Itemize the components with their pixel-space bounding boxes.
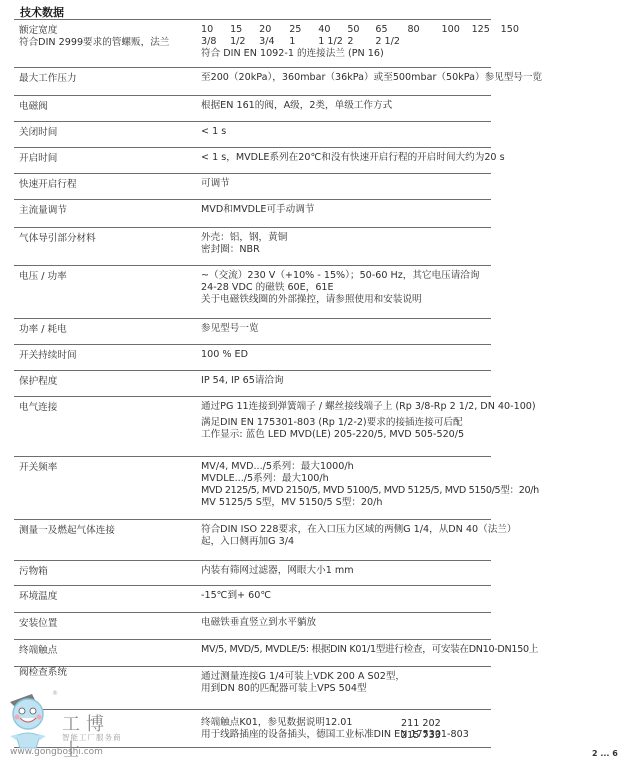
row-value: 符合DIN ISO 228要求，在入口压力区域的两侧G 1/4，从DN 40（法… [201, 524, 491, 536]
row-label: 污物箱 [19, 566, 199, 578]
row-value: ~（交流）230 V（+10% - 15%）；50-60 Hz，其它电压请洽询 [201, 270, 491, 282]
row-value: 24-28 VDC 的磁铁 60E，61E [201, 282, 491, 294]
row-value: 外壳：铝，钢，黄铜 [201, 232, 491, 244]
row-value: MV/5, MVD/5, MVDLE/5: 根据DIN K01/1型进行检查，可… [201, 644, 491, 656]
table-row-gas-materials: 气体导引部分材料 外壳：铝，钢，黄铜 密封圈：NBR [14, 227, 491, 265]
table-row-measuring-ignition-gas: 测量一及燃起气体连接 符合DIN ISO 228要求，在入口压力区域的两侧G 1… [14, 519, 491, 560]
size-value: 50 [347, 24, 372, 36]
size-value: 25 [289, 24, 315, 36]
table-row-closing-time: 关闭时间 < 1 s [14, 121, 491, 147]
size-value: 100 [442, 24, 469, 36]
row-label: 开关频率 [19, 462, 199, 474]
row-value: 参见型号一览 [201, 323, 491, 335]
row-label: 电压 / 功率 [19, 271, 199, 283]
order-number: 211 202 [401, 718, 441, 730]
row-label: 电气连接 [19, 402, 199, 414]
table-row-duty-cycle: 开关持续时间 100 % ED [14, 344, 491, 370]
inch-sizes: 3/8 1/2 3/4 1 1 1/2 2 2 1/2 [201, 36, 491, 48]
label-line: 符合DIN 2999要求的管螺贩，法兰 [19, 37, 199, 49]
row-value: 100 % ED [201, 349, 491, 361]
row-value: 电磁铁垂直竖立到水平躺放 [201, 617, 491, 629]
watermark-url: www.gongboshi.com [10, 747, 103, 757]
size-value: 10 [201, 24, 227, 36]
row-label: 额定宽度 符合DIN 2999要求的管螺贩，法兰 [19, 25, 199, 49]
order-number: 215 733 [401, 730, 441, 742]
size-value: 1/2 [230, 36, 256, 48]
row-value: 通过PG 11连接到弹簧端子 / 螺丝接线端子上 (Rp 3/8-Rp 2 1/… [201, 401, 491, 413]
row-value: MV 5125/5 S型，MV 5150/5 S型：20/h [201, 497, 491, 509]
registered-mark: ® [52, 690, 58, 697]
size-value: 1 1/2 [318, 36, 344, 48]
row-value: -15℃到+ 60℃ [201, 590, 491, 602]
row-label: 测量一及燃起气体连接 [19, 525, 199, 537]
row-value: MVD 2125/5, MVD 2150/5, MVD 5100/5, MVD … [201, 485, 491, 497]
table-row-main-flow-adjustment: 主流量调节 MVD和MVDLE可手动调节 [14, 199, 491, 227]
size-value: 15 [230, 24, 256, 36]
size-value: 20 [259, 24, 286, 36]
table-row-end-contact: 终端触点 MV/5, MVD/5, MVDLE/5: 根据DIN K01/1型进… [14, 639, 491, 666]
size-value: 150 [501, 24, 527, 36]
row-value: 密封圈：NBR [201, 244, 491, 256]
table-row-dirt-trap: 污物箱 内装有筛网过滤器，网眼大小1 mm [14, 560, 491, 585]
order-numbers: 211 202 215 733 [401, 718, 441, 742]
page-number: 2 ... 6 [592, 749, 618, 758]
row-value: 终端触点K01，参见数据说明12.01 [201, 717, 491, 729]
table-row-opening-time: 开启时间 < 1 s，MVDLE系列在20℃和没有快速开启行程的开启时间大约为2… [14, 147, 491, 173]
row-label: 快速开启行程 [19, 179, 199, 191]
row-label: 环境温度 [19, 591, 199, 603]
row-label: 安装位置 [19, 618, 199, 630]
table-row-nominal-width: 额定宽度 符合DIN 2999要求的管螺贩，法兰 10 15 20 25 40 … [14, 19, 491, 67]
row-value: 用于线路插座的设备插头，德国工业标准DIN EN 175301-803 [201, 729, 491, 741]
row-label: 电磁阀 [19, 101, 199, 113]
table-row-installation-position: 安装位置 电磁铁垂直竖立到水平躺放 [14, 612, 491, 639]
tech-data-table: 额定宽度 符合DIN 2999要求的管螺贩，法兰 10 15 20 25 40 … [14, 19, 491, 748]
size-value: 65 [375, 24, 404, 36]
flange-note: 符合 DIN EN 1092-1 的连接法兰 (PN 16) [201, 48, 491, 60]
size-value: 3/8 [201, 36, 227, 48]
row-value: 关于电磁铁线圈的外部操控，请参照使用和安装说明 [201, 294, 491, 306]
row-label: 开启时间 [19, 153, 199, 165]
row-value: < 1 s，MVDLE系列在20℃和没有快速开启行程的开启时间大约为20 s [201, 152, 491, 164]
row-label: 关闭时间 [19, 127, 199, 139]
row-value: 可调节 [201, 178, 491, 190]
row-label: 主流量调节 [19, 205, 199, 217]
table-row-power-consumption: 功率 / 耗电 参见型号一览 [14, 318, 491, 344]
row-label: 开关持续时间 [19, 350, 199, 362]
size-value: 2 1/2 [375, 36, 404, 48]
row-label: 气体导引部分材料 [19, 233, 199, 245]
row-value: 通过测量连接G 1/4可装上VDK 200 A S02型， [201, 671, 491, 683]
row-value: 起，入口侧再加G 3/4 [201, 536, 491, 548]
row-value: 根据EN 161的阀，A级，2类，单级工作方式 [201, 100, 491, 112]
table-row-switching-frequency: 开关频率 MV/4, MVD.../5系列：最大1000/h MVDLE.../… [14, 456, 491, 519]
row-value: 工作显示: 蓝色 LED MVD(LE) 205-220/5, MVD 505-… [201, 429, 491, 441]
size-value: 1 [289, 36, 315, 48]
row-value: MV/4, MVD.../5系列：最大1000/h [201, 461, 491, 473]
row-value: 内装有筛网过滤器，网眼大小1 mm [201, 565, 491, 577]
row-label: 保护程度 [19, 376, 199, 388]
row-value: < 1 s [201, 126, 491, 138]
row-label: 功率 / 耗电 [19, 324, 199, 336]
row-label: 阀检查系统 [19, 667, 199, 679]
table-row-quick-opening-stroke: 快速开启行程 可调节 [14, 173, 491, 199]
watermark-tagline: 智能工厂服务商 [62, 732, 122, 743]
table-row-max-pressure: 最大工作压力 至200（20kPa），360mbar（36kPa）或至500mb… [14, 67, 491, 95]
table-row-ambient-temperature: 环境温度 -15℃到+ 60℃ [14, 585, 491, 612]
row-label: 最大工作压力 [19, 73, 199, 85]
watermark-logo: ® 工博士 智能工厂服务商 www.gongboshi.com [6, 690, 126, 765]
row-value: MVDLE.../5系列：最大100/h [201, 473, 491, 485]
row-label: 终端触点 [19, 645, 199, 657]
table-row-protection-class: 保护程度 IP 54, IP 65请洽询 [14, 370, 491, 396]
size-value: 125 [472, 24, 498, 36]
dn-sizes: 10 15 20 25 40 50 65 80 100 125 150 [201, 24, 491, 36]
row-value: 用到DN 80的匹配器可装上VPS 504型 [201, 683, 491, 695]
size-value: 80 [407, 24, 438, 36]
table-row-voltage-power: 电压 / 功率 ~（交流）230 V（+10% - 15%）；50-60 Hz，… [14, 265, 491, 318]
row-value: 至200（20kPa），360mbar（36kPa）或至500mbar（50kP… [201, 72, 491, 84]
row-value: MVD和MVDLE可手动调节 [201, 204, 491, 216]
row-value: 满足DIN EN 175301-803 (Rp 1/2-2)要求的接插连接可后配 [201, 417, 491, 429]
row-value: IP 54, IP 65请洽询 [201, 375, 491, 387]
size-value: 40 [318, 24, 344, 36]
section-title: 技术数据 [20, 4, 64, 20]
size-value: 2 [347, 36, 372, 48]
label-line: 额定宽度 [19, 25, 199, 37]
mascot-icon [6, 692, 54, 752]
size-value: 3/4 [259, 36, 286, 48]
table-row-solenoid-valve: 电磁阀 根据EN 161的阀，A级，2类，单级工作方式 [14, 95, 491, 121]
row-value: 10 15 20 25 40 50 65 80 100 125 150 3/8 … [201, 24, 491, 60]
table-row-electrical-connection: 电气连接 通过PG 11连接到弹簧端子 / 螺丝接线端子上 (Rp 3/8-Rp… [14, 396, 491, 456]
